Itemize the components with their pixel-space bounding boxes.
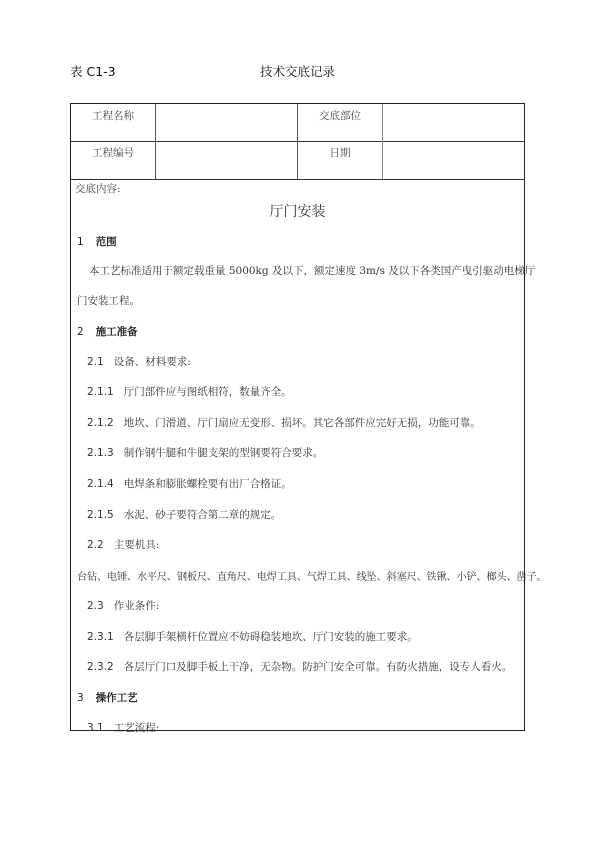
field-project-number[interactable] xyxy=(156,141,298,179)
label-date: 日期 xyxy=(298,141,383,179)
field-disclosure-location[interactable] xyxy=(383,104,524,141)
info-row-project-name: 工程名称 交底部位 xyxy=(71,104,524,142)
item-2-3-2: 2.3.2各层厅门口及脚手板上干净，无杂物。防护门安全可靠。有防火措施，设专人看… xyxy=(87,659,512,674)
info-row-project-number: 工程编号 日期 xyxy=(71,141,524,180)
heading-operation-process: 3操作工艺 xyxy=(77,690,138,705)
item-2-1-4: 2.1.4电焊条和膨胀螺栓要有出厂合格证。 xyxy=(87,476,292,491)
item-3-1: 3.1工艺流程: xyxy=(87,720,159,735)
item-2-3-1: 2.3.1各层脚手架横杆位置应不妨碍稳装地坎、厅门安装的施工要求。 xyxy=(87,629,418,644)
content-label: 交底内容: xyxy=(75,181,121,196)
item-2-2: 2.2主要机具: xyxy=(87,537,159,552)
disclosure-record-table: 工程名称 交底部位 工程编号 日期 交底内容: 厅门安装 1范围 本工艺标准适用… xyxy=(70,103,525,731)
item-2-1-1: 2.1.1厅门部件应与图纸相符，数量齐全。 xyxy=(87,384,292,399)
item-2-3: 2.3作业条件: xyxy=(87,598,159,613)
heading-preparation: 2施工准备 xyxy=(77,324,138,339)
label-disclosure-location: 交底部位 xyxy=(298,104,383,141)
document-title: 技术交底记录 xyxy=(70,62,525,80)
item-2-1-3: 2.1.3制作钢牛腿和牛腿支架的型钢要符合要求。 xyxy=(87,445,323,460)
tools-list: 台钻、电锤、水平尺、钢板尺、直角尺、电焊工具、气焊工具、线坠、斜塞尺、铁锹、小铲… xyxy=(77,568,546,583)
label-project-name: 工程名称 xyxy=(71,104,156,141)
field-project-name[interactable] xyxy=(156,104,298,141)
scope-paragraph-line2: 门安装工程。 xyxy=(77,293,140,308)
disclosure-content: 交底内容: 厅门安装 1范围 本工艺标准适用于额定载重量 5000kg 及以下，… xyxy=(71,179,524,730)
label-project-number: 工程编号 xyxy=(71,141,156,179)
item-2-1-5: 2.1.5水泥、砂子要符合第二章的规定。 xyxy=(87,507,281,522)
section-title: 厅门安装 xyxy=(71,201,524,221)
item-2-1: 2.1设备、材料要求: xyxy=(87,354,191,369)
field-date[interactable] xyxy=(383,141,524,179)
heading-scope: 1范围 xyxy=(77,234,117,249)
page-header: 表 C1-3 技术交底记录 xyxy=(70,62,525,82)
item-2-1-2: 2.1.2地坎、门滑道、厅门扇应无变形、损坏。其它各部件应完好无损，功能可靠。 xyxy=(87,415,481,430)
scope-paragraph-line1: 本工艺标准适用于额定载重量 5000kg 及以下，额定速度 3m/s 及以下各类… xyxy=(89,263,535,278)
